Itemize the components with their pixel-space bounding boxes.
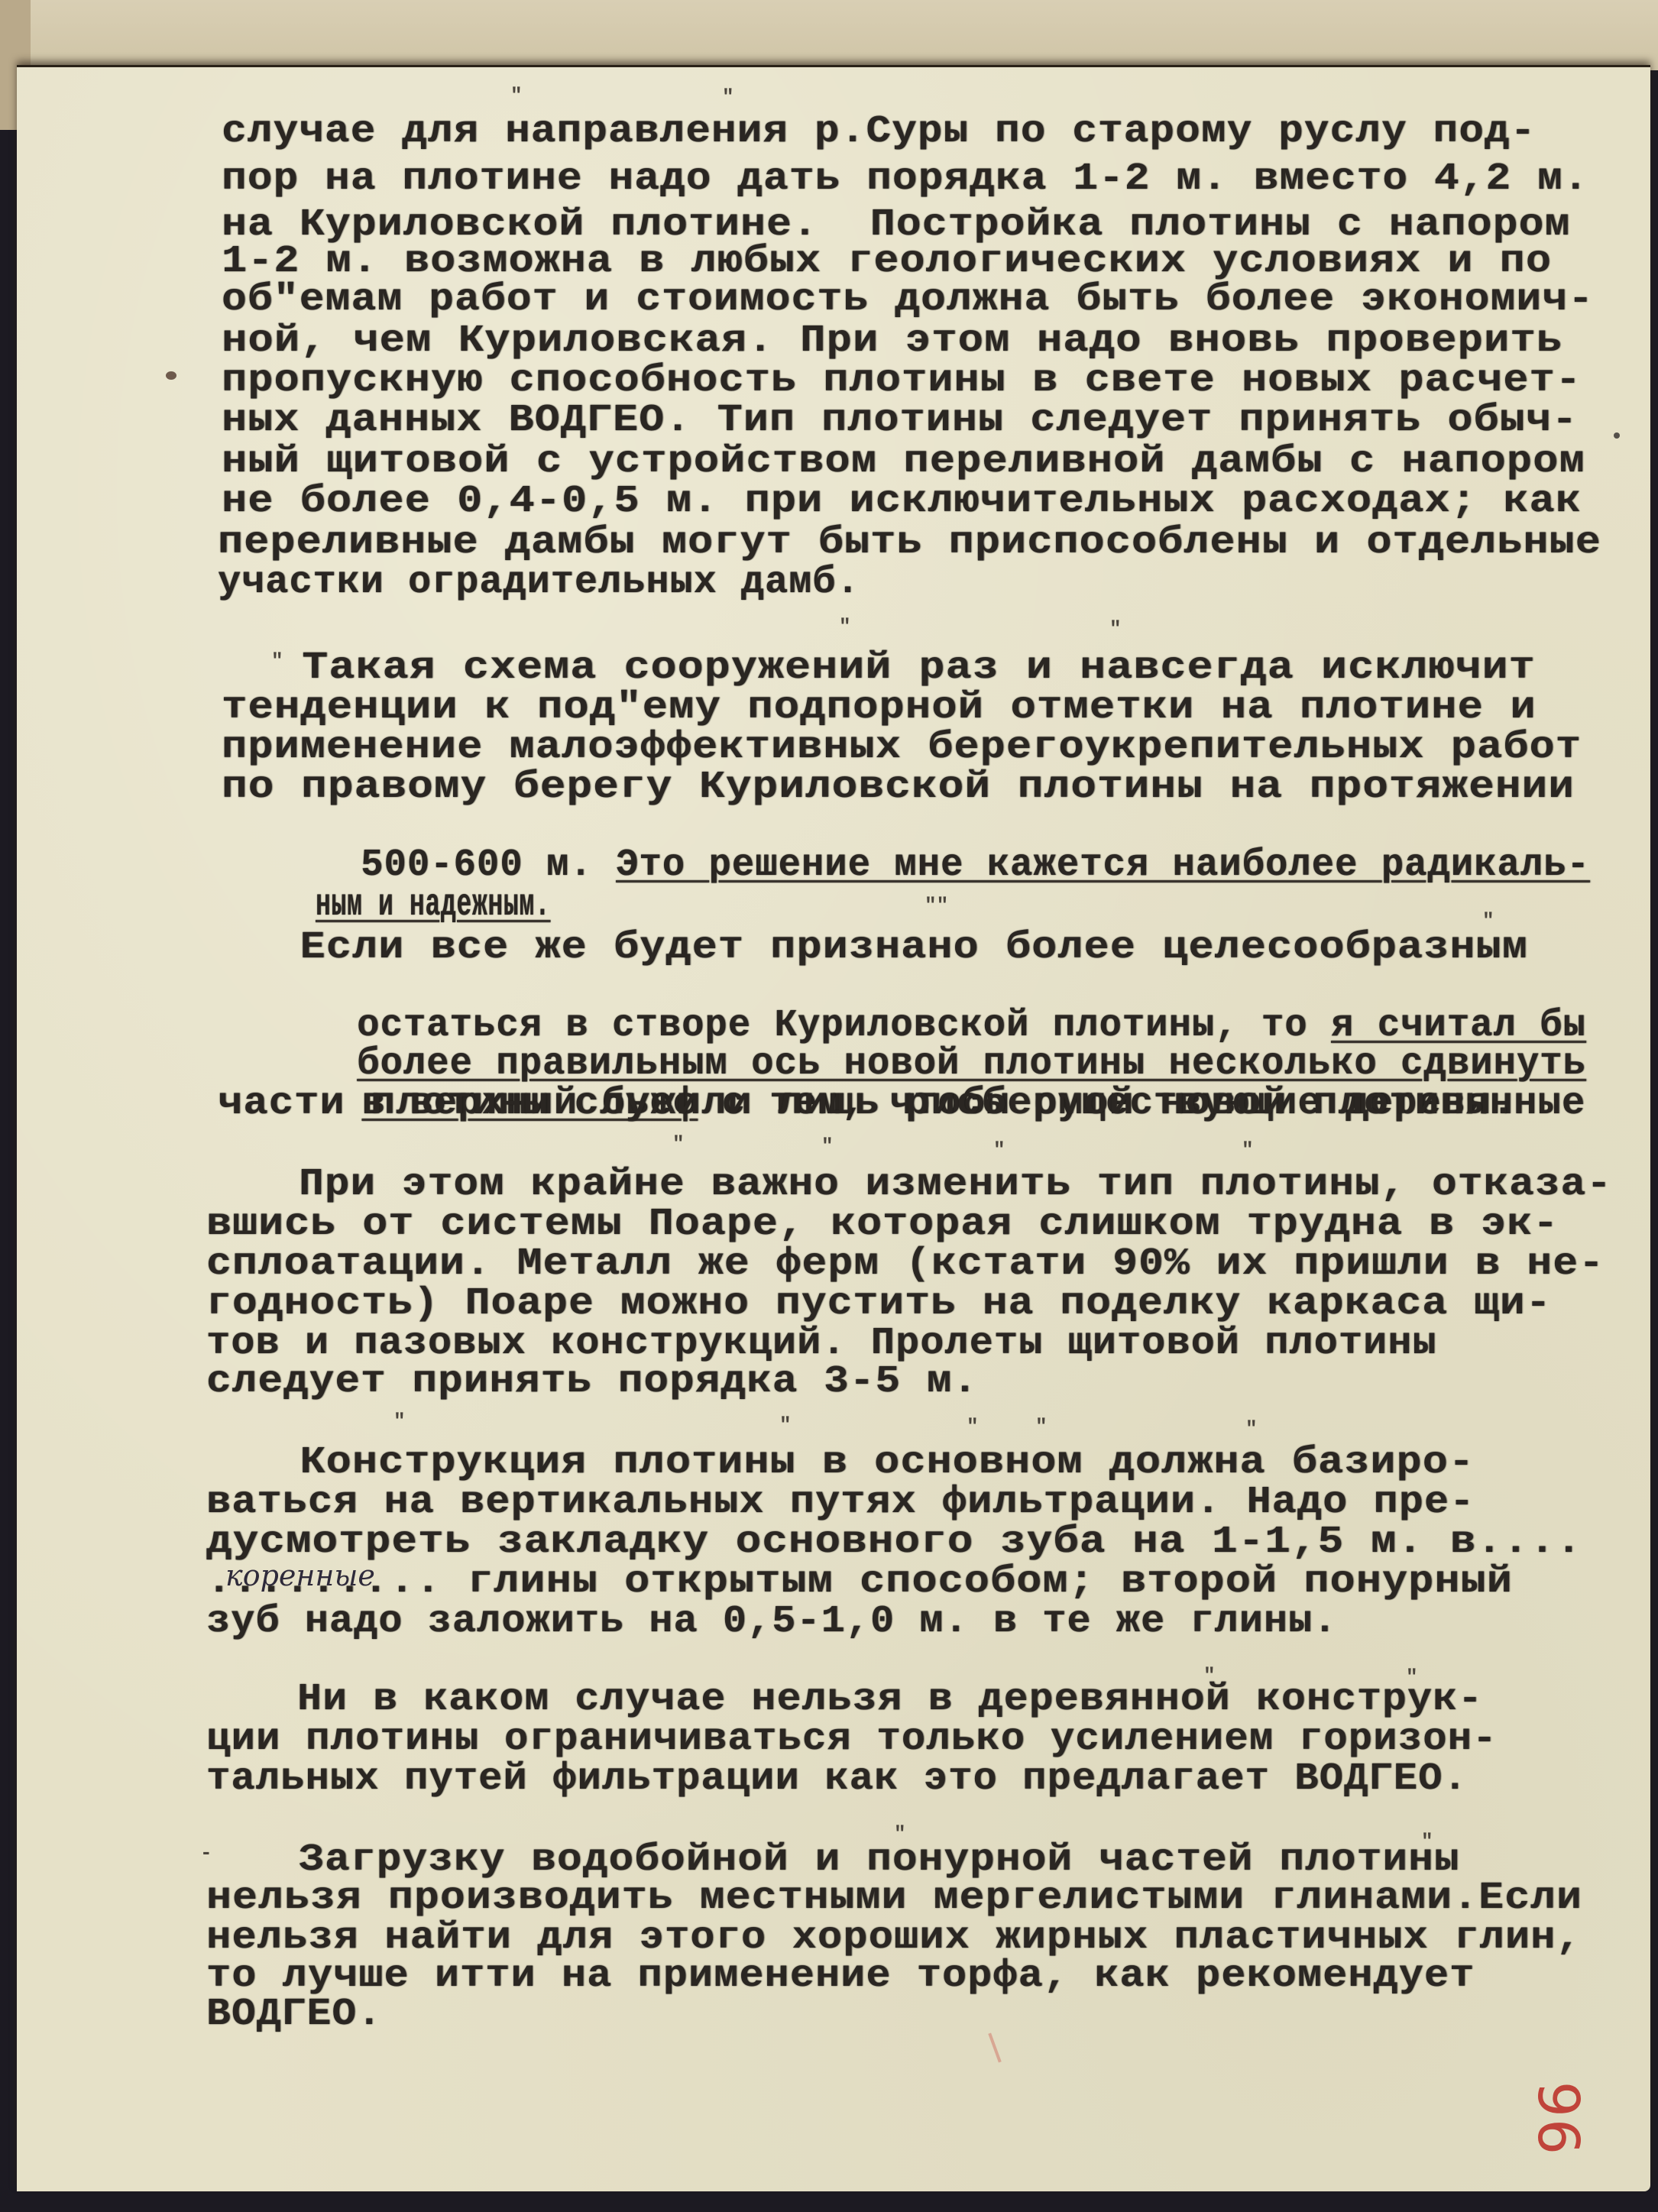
text-line: тальных путей фильтрации как это предлаг…	[206, 1760, 1468, 1799]
text-line: случае для направления р.Суры по старому…	[222, 113, 1536, 151]
text-line: годность) Поаре можно пустить на поделку…	[206, 1285, 1552, 1323]
underlined-text: ным и надежным.	[316, 883, 550, 927]
margin-dot	[1614, 432, 1620, 439]
text-line: Если все же будет признано более целесоо…	[222, 929, 1528, 967]
underlined-text: Это решение мне кажется наиболее радикал…	[616, 844, 1590, 887]
text-line: тов и пазовых конструкций. Пролеты щитов…	[206, 1325, 1437, 1363]
text-line: ный щитовой с устройством переливной дам…	[222, 443, 1585, 481]
text-line: ных данных ВОДГЕО. Тип плотины следует п…	[222, 402, 1578, 440]
page-number: 96	[1525, 2081, 1591, 2156]
text-line: нельзя производить местными мергелистыми…	[206, 1880, 1582, 1918]
ink-mark: "	[510, 84, 523, 107]
text-line: применение малоэффективных берегоукрепит…	[222, 729, 1582, 767]
text-line: ......... глины открытым способом; второ…	[206, 1563, 1513, 1602]
text-line: При этом крайне важно изменить тип плоти…	[222, 1166, 1612, 1204]
text-line: части плотины служили лишь рисбермой нов…	[218, 1085, 1517, 1123]
text-line: на Куриловской плотине. Постройка плотин…	[222, 206, 1570, 245]
text-line: нельзя найти для этого хороших жирных пл…	[206, 1919, 1582, 1958]
text-line: пор на плотине надо дать порядка 1-2 м. …	[222, 160, 1589, 199]
ink-mark: "	[393, 1410, 406, 1433]
text-line: ной, чем Куриловская. При этом надо внов…	[222, 322, 1562, 361]
ink-mark: "	[722, 86, 734, 108]
ink-mark: -	[200, 1841, 212, 1864]
text-line: переливные дамбы могут быть приспособлен…	[218, 524, 1601, 562]
text-line: участки оградительных дамб.	[218, 564, 860, 602]
ink-mark: "	[779, 1414, 792, 1436]
margin-dot	[166, 371, 176, 380]
text-line: дусмотреть закладку основного зуба на 1-…	[206, 1524, 1582, 1562]
ink-mark: "	[967, 1415, 979, 1438]
text-line: не более 0,4-0,5 м. при исключительных р…	[222, 483, 1582, 521]
text-line: Ни в каком случае нельзя в деревянной ко…	[222, 1681, 1483, 1719]
text-line: по правому берегу Куриловской плотины на…	[222, 769, 1575, 807]
text-line: ВОДГЕО.	[206, 1996, 382, 2034]
ink-mark: "	[1109, 617, 1122, 640]
text-line: Такая схема сооружений раз и навсегда ис…	[222, 649, 1536, 688]
text-line: пропускную способность плотины в свете н…	[222, 362, 1582, 400]
text-line: следует принять порядка 3-5 м.	[206, 1363, 978, 1401]
text-line: вшись от системы Поаре, которая слишком …	[206, 1206, 1559, 1244]
text-line: тенденции к под"ему подпорной отметки на…	[222, 689, 1537, 727]
text-line: Загрузку водобойной и понурной частей пл…	[222, 1841, 1460, 1880]
text-line: зуб надо заложить на 0,5-1,0 м. в те же …	[206, 1603, 1337, 1641]
ink-mark: "	[1245, 1417, 1258, 1440]
text-line: то лучше итти на применение торфа, как р…	[206, 1958, 1475, 1996]
ink-mark: "	[839, 615, 851, 638]
underlying-sheet-edge	[0, 0, 1658, 70]
text-line: Конструкция плотины в основном должна ба…	[222, 1444, 1475, 1482]
text-line: ции плотины ограничиваться только усилен…	[206, 1721, 1498, 1759]
text-line: ваться на вертикальных путях фильтрации.…	[206, 1484, 1475, 1522]
ink-mark: "	[1035, 1415, 1048, 1438]
text-line: 1-2 м. возможна в любых геологических ус…	[222, 243, 1552, 281]
text-line: об"емам работ и стоимость должна быть бо…	[222, 281, 1594, 319]
text-line: сплоатации. Металл же ферм (кстати 90% и…	[206, 1245, 1605, 1284]
